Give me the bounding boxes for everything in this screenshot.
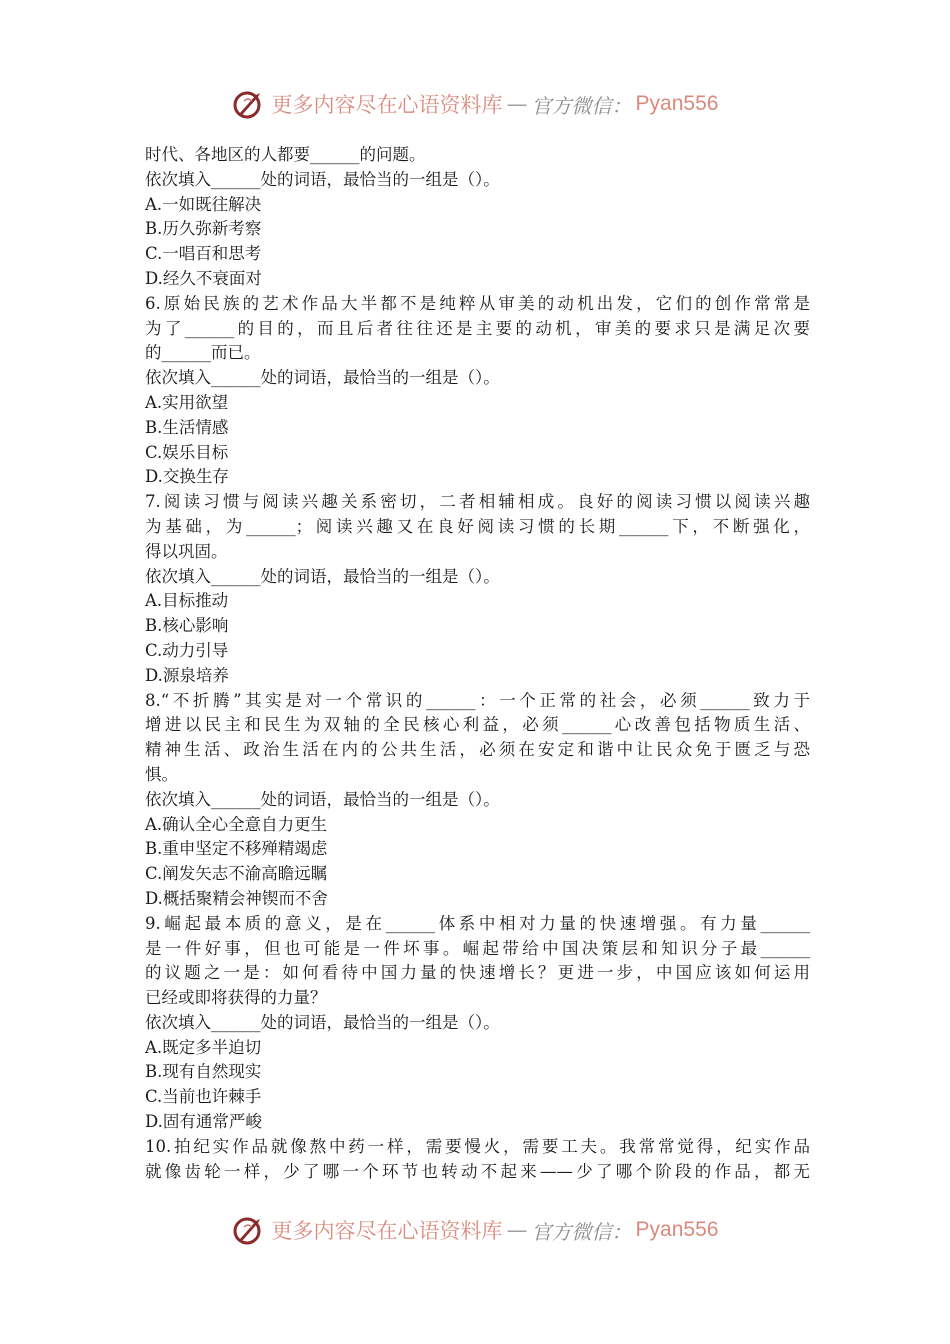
option-b: B.核心影响 (145, 614, 810, 639)
option-c: C.一唱百和思考 (145, 242, 810, 267)
quill-pen-circle-icon (232, 1213, 266, 1247)
text-line: 依次填入______处的词语，最恰当的一组是（）。 (145, 1011, 810, 1036)
question-6-stem: 6.原始民族的艺术作品大半都不是纯粹从审美的动机出发，它们的创作常常是 (145, 292, 810, 317)
quill-pen-circle-icon (232, 87, 266, 121)
text-line: 依次填入______处的词语，最恰当的一组是（）。 (145, 788, 810, 813)
text-line: 依次填入______处的词语，最恰当的一组是（）。 (145, 366, 810, 391)
option-d: D.概括聚精会神锲而不舍 (145, 887, 810, 912)
question-10-stem: 10.拍纪实作品就像熬中药一样，需要慢火，需要工夫。我常常觉得，纪实作品 (145, 1135, 810, 1160)
option-c: C.娱乐目标 (145, 441, 810, 466)
text-line: 精神生活、政治生活在内的公共生活，必须在安定和谐中让民众免于匮乏与恐 (145, 738, 810, 763)
text-line: 已经或即将获得的力量？ (145, 986, 810, 1011)
text-line: 惧。 (145, 763, 810, 788)
option-a: A.实用欲望 (145, 391, 810, 416)
text-line: 就像齿轮一样，少了哪一个环节也转动不起来——少了哪个阶段的作品，都无 (145, 1160, 810, 1185)
text-line: 得以巩固。 (145, 540, 810, 565)
text-line: 为了______的目的，而且后者往往还是主要的动机，审美的要求只是满足次要 (145, 317, 810, 342)
watermark-wechat-id: Pyan556 (636, 1218, 719, 1242)
text-line: 时代、各地区的人都要______的问题。 (145, 143, 810, 168)
option-d: D.经久不衰面对 (145, 267, 810, 292)
watermark-dash: — (507, 1218, 528, 1242)
option-a: A.确认全心全意自力更生 (145, 813, 810, 838)
text-line: 增进以民主和民生为双轴的全民核心利益，必须______心改善包括物质生活、 (145, 713, 810, 738)
option-c: C.当前也许棘手 (145, 1085, 810, 1110)
option-a: A.目标推动 (145, 589, 810, 614)
option-d: D.交换生存 (145, 465, 810, 490)
option-c: C.动力引导 (145, 639, 810, 664)
document-body: 时代、各地区的人都要______的问题。 依次填入______处的词语，最恰当的… (145, 143, 810, 1184)
option-a: A.既定多半迫切 (145, 1036, 810, 1061)
text-line: 是一件好事，但也可能是一件坏事。崛起带给中国决策层和知识分子最______ (145, 937, 810, 962)
question-9-stem: 9.崛起最本质的意义，是在______体系中相对力量的快速增强。有力量_____… (145, 912, 810, 937)
watermark-slogan: 更多内容尽在心语资料库 (272, 1215, 503, 1245)
watermark-wechat-label: 官方微信： (532, 90, 632, 119)
footer-watermark: 更多内容尽在心语资料库 — 官方微信： Pyan556 (0, 1210, 950, 1250)
option-d: D.源泉培养 (145, 664, 810, 689)
option-a: A.一如既往解决 (145, 193, 810, 218)
option-b: B.现有自然现实 (145, 1060, 810, 1085)
watermark-slogan: 更多内容尽在心语资料库 (272, 89, 503, 119)
option-c: C.阐发矢志不渝高瞻远瞩 (145, 862, 810, 887)
text-line: 依次填入______处的词语，最恰当的一组是（）。 (145, 168, 810, 193)
option-b: B.历久弥新考察 (145, 217, 810, 242)
text-line: 的议题之一是：如何看待中国力量的快速增长？更进一步，中国应该如何运用 (145, 961, 810, 986)
text-line: 为基础，为______；阅读兴趣又在良好阅读习惯的长期______下，不断强化， (145, 515, 810, 540)
watermark-wechat-label: 官方微信： (532, 1216, 632, 1245)
text-line: 的______而已。 (145, 341, 810, 366)
watermark-wechat-id: Pyan556 (636, 92, 719, 116)
question-8-stem: 8.“不折腾”其实是对一个常识的______：一个正常的社会，必须______致… (145, 689, 810, 714)
option-d: D.固有通常严峻 (145, 1110, 810, 1135)
option-b: B.重申坚定不移殚精竭虑 (145, 837, 810, 862)
text-line: 依次填入______处的词语，最恰当的一组是（）。 (145, 565, 810, 590)
option-b: B.生活情感 (145, 416, 810, 441)
watermark-dash: — (507, 92, 528, 116)
question-7-stem: 7.阅读习惯与阅读兴趣关系密切，二者相辅相成。良好的阅读习惯以阅读兴趣 (145, 490, 810, 515)
header-watermark: 更多内容尽在心语资料库 — 官方微信： Pyan556 (0, 84, 950, 124)
